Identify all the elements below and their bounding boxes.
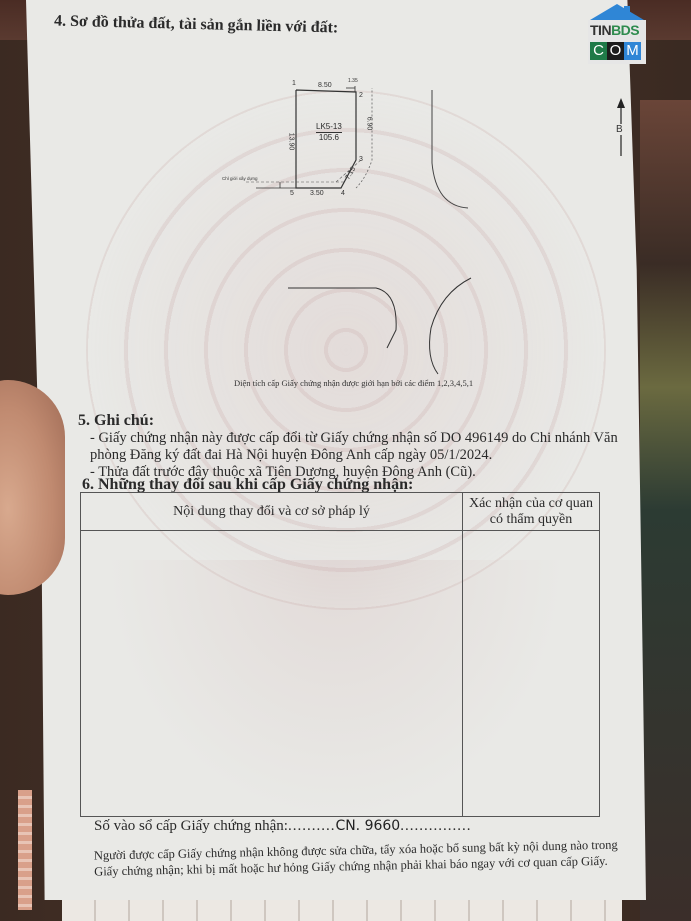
logo-letter: O xyxy=(607,42,624,60)
logo-letter: C xyxy=(590,42,607,60)
registry-label: Số vào sổ cấp Giấy chứng nhận: xyxy=(94,818,288,834)
plot-drawing xyxy=(206,78,646,378)
diagram-caption: Diện tích cấp Giấy chứng nhận được giới … xyxy=(234,378,473,388)
column-header-content: Nội dung thay đổi và cơ sở pháp lý xyxy=(81,493,463,531)
changes-table: Nội dung thay đổi và cơ sở pháp lý Xác n… xyxy=(80,492,600,817)
corner-length: 1.35 xyxy=(348,78,358,84)
tinbds-logo: TINBDS C O M xyxy=(584,4,650,64)
point-4-label: 4 xyxy=(341,190,345,197)
point-3-label: 3 xyxy=(359,156,363,163)
holder-warning: Người được cấp Giấy chứng nhận không đượ… xyxy=(94,836,630,879)
north-arrow: B xyxy=(611,98,631,158)
note-item: - Giấy chứng nhận này được cấp đổi từ Gi… xyxy=(90,430,646,464)
registry-number: CN. 9660 xyxy=(335,818,400,834)
logo-text-tin: TIN xyxy=(590,22,611,38)
logo-letter: M xyxy=(624,42,641,60)
edge-right-length: 6.90 xyxy=(365,117,372,131)
point-1-label: 1 xyxy=(292,80,296,87)
logo-text-bds: BDS xyxy=(611,22,639,38)
table-cell-content xyxy=(81,531,463,817)
house-roof-icon xyxy=(590,4,644,20)
certificate-page: 4. Sơ đồ thửa đất, tài sản gắn liền với … xyxy=(26,0,646,900)
section-4-title: 4. Sơ đồ thửa đất, tài sản gắn liền với … xyxy=(54,13,339,38)
registry-leader-after: ............... xyxy=(400,818,471,834)
background-objects xyxy=(640,100,691,921)
lot-area: 105.6 xyxy=(316,133,342,143)
column-header-confirmation: Xác nhận của cơ quan có thẩm quyền xyxy=(463,493,600,531)
holding-hand xyxy=(0,380,65,595)
table-cell-confirmation xyxy=(463,531,600,817)
table-header-row: Nội dung thay đổi và cơ sở pháp lý Xác n… xyxy=(81,493,600,531)
table-row xyxy=(81,531,600,817)
edge-bottom-length: 3.50 xyxy=(310,190,324,197)
north-label: B xyxy=(616,124,623,135)
registry-number-line: Số vào sổ cấp Giấy chứng nhận:..........… xyxy=(94,818,471,835)
lot-id: LK5-13 xyxy=(316,122,342,133)
section-5-title: 5. Ghi chú: xyxy=(78,412,154,430)
point-5-label: 5 xyxy=(290,190,294,197)
chimney-icon xyxy=(624,6,630,16)
land-plot-diagram: 1 2 3 4 5 8.50 6.90 7.15 3.50 13.90 1.35… xyxy=(206,78,646,378)
notes-list: - Giấy chứng nhận này được cấp đổi từ Gi… xyxy=(90,430,646,481)
edge-top-length: 8.50 xyxy=(318,82,332,89)
registry-leader: .......... xyxy=(288,818,336,834)
point-2-label: 2 xyxy=(359,92,363,99)
underlying-certificate-edge xyxy=(18,790,32,910)
setback-label: Chỉ giới xây dựng xyxy=(222,176,257,181)
edge-left-length: 13.90 xyxy=(287,133,294,151)
lot-label: LK5-13 105.6 xyxy=(316,122,342,143)
